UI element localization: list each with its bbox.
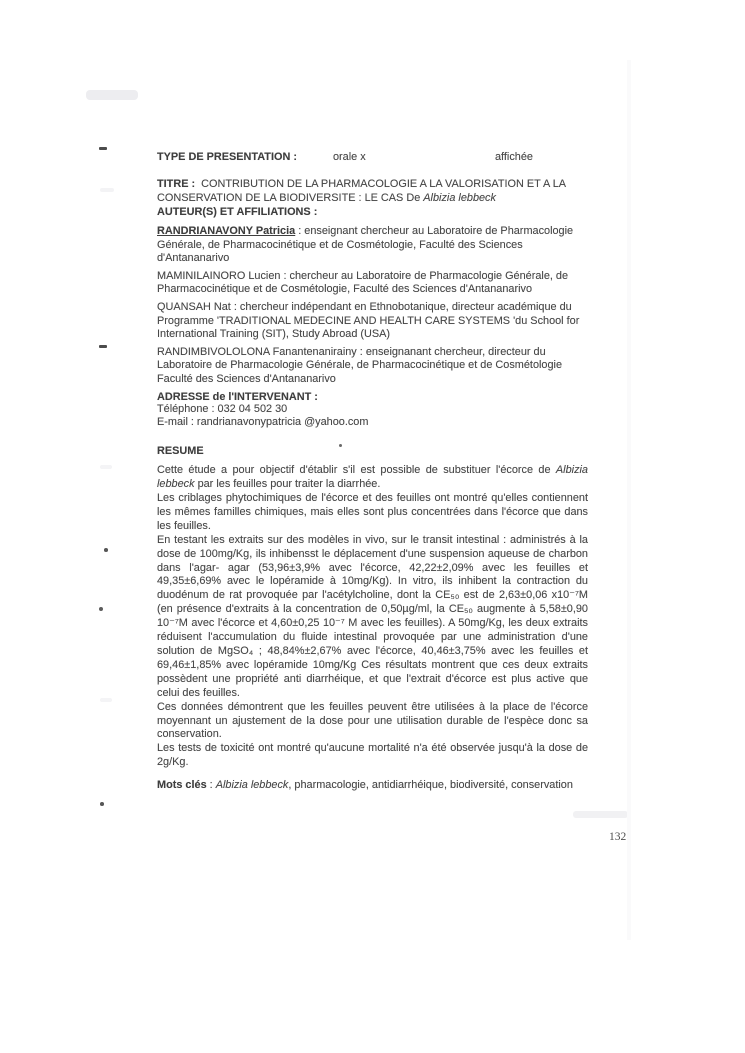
- author-entry: QUANSAH Nat : chercheur indépendant en E…: [157, 301, 588, 342]
- resume-paragraph: Cette étude a pour objectif d'établir s'…: [157, 464, 588, 492]
- keywords-species: Albizia lebbeck: [216, 779, 289, 791]
- resume-p1-text-after: par les feuilles pour traiter la diarrhé…: [195, 478, 381, 490]
- scanned-abstract-page: TYPE DE PRESENTATION : orale x affichée …: [0, 0, 745, 1053]
- scan-mark: [100, 802, 104, 806]
- scan-mark: [99, 345, 107, 348]
- author-name: MAMINILAINORO Lucien: [157, 270, 280, 282]
- resume-paragraph: En testant les extraits sur des modèles …: [157, 534, 588, 701]
- email-line: E-mail : randrianavonypatricia @yahoo.co…: [157, 416, 588, 429]
- presentation-type-label: TYPE DE PRESENTATION :: [157, 151, 297, 163]
- resume-paragraph: Les tests de toxicité ont montré qu'aucu…: [157, 742, 588, 770]
- author-name: QUANSAH Nat: [157, 301, 231, 313]
- author-entry: MAMINILAINORO Lucien : chercheur au Labo…: [157, 270, 588, 297]
- title-label: TITRE :: [157, 178, 195, 190]
- resume-paragraph: Ces données démontrent que les feuilles …: [157, 701, 588, 743]
- title-block: TITRE :CONTRIBUTION DE LA PHARMACOLOGIE …: [157, 177, 588, 219]
- author-entry: RANDIMBIVOLOLONA Fanantenanirainy : ense…: [157, 346, 588, 387]
- scan-smudge: [100, 188, 114, 192]
- author-name: RANDIMBIVOLOLONA Fanantenanirainy: [157, 346, 357, 358]
- scan-mark: [104, 548, 108, 552]
- keywords-rest: , pharmacologie, antidiarrhéique, biodiv…: [288, 779, 573, 791]
- page-number: 132: [609, 831, 626, 843]
- presentation-affichee-value: affichée: [495, 151, 533, 165]
- scan-smudge: [100, 465, 112, 469]
- resume-paragraph: Les criblages phytochimiques de l'écorce…: [157, 492, 588, 534]
- resume-p1-text: Cette étude a pour objectif d'établir s'…: [157, 464, 556, 476]
- speaker-address-block: ADRESSE de l'INTERVENANT : Téléphone : 0…: [157, 391, 588, 429]
- title-text: CONTRIBUTION DE LA PHARMACOLOGIE A LA VA…: [157, 178, 565, 204]
- presentation-orale-value: orale x: [333, 151, 366, 165]
- authors-heading: AUTEUR(S) ET AFFILIATIONS :: [157, 205, 588, 219]
- scan-mark: [99, 147, 107, 150]
- abstract-content: TYPE DE PRESENTATION : orale x affichée …: [157, 151, 588, 793]
- resume-body: Cette étude a pour objectif d'établir s'…: [157, 464, 588, 770]
- keywords-line: Mots clés : Albizia lebbeck, pharmacolog…: [157, 779, 588, 793]
- document-title: TITRE :CONTRIBUTION DE LA PHARMACOLOGIE …: [157, 177, 588, 205]
- title-species-name: Albizia lebbeck: [423, 192, 496, 204]
- keywords-separator: :: [207, 779, 216, 791]
- author-name: RANDRIANAVONY Patricia: [157, 225, 295, 237]
- author-entry: RANDRIANAVONY Patricia : enseignant cher…: [157, 225, 588, 266]
- scan-mark: [99, 607, 103, 611]
- phone-line: Téléphone : 032 04 502 30: [157, 403, 588, 416]
- scan-smudge: [100, 698, 112, 702]
- address-heading: ADRESSE de l'INTERVENANT :: [157, 391, 588, 404]
- resume-heading: RESUME: [157, 445, 588, 459]
- scan-smudge: [86, 90, 138, 100]
- scan-smudge: [573, 811, 628, 818]
- presentation-type-row: TYPE DE PRESENTATION : orale x affichée: [157, 151, 588, 165]
- keywords-label: Mots clés: [157, 779, 207, 791]
- scan-streak: [627, 60, 631, 940]
